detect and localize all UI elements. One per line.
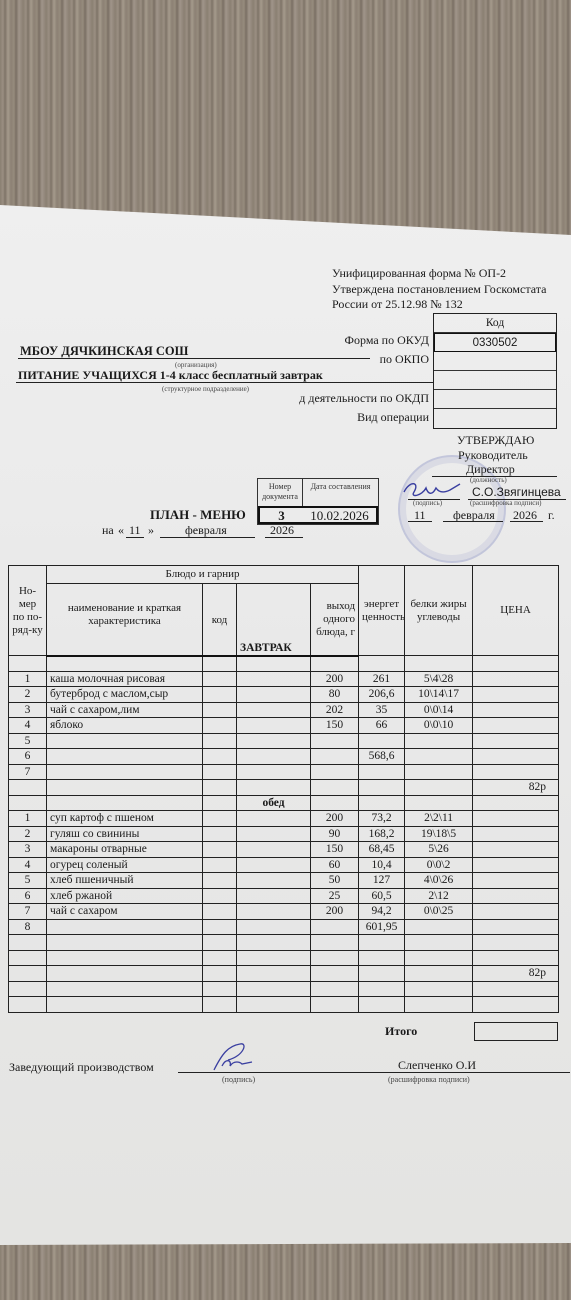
table-row: 4огурец соленый6010,40\0\2 — [9, 857, 559, 873]
dish-bju — [405, 935, 473, 951]
dish-output — [311, 935, 359, 951]
dish-bju: 2\12 — [405, 888, 473, 904]
dish-name: макароны отварные — [47, 842, 203, 858]
empty-cell — [311, 656, 359, 672]
lunch-cell — [9, 795, 47, 811]
dish-energy: 206,6 — [359, 687, 405, 703]
okdp-label: д деятельности по ОКДП — [299, 391, 429, 406]
dish-energy — [359, 935, 405, 951]
table-row: 2бутерброд с маслом,сыр80206,610\14\17 — [9, 687, 559, 703]
dish-energy: 568,6 — [359, 749, 405, 765]
dish-price — [473, 826, 559, 842]
dish-output: 202 — [311, 702, 359, 718]
dish-output — [311, 733, 359, 749]
lunch-cell — [359, 795, 405, 811]
dish-name — [47, 966, 203, 982]
dish-bju — [405, 780, 473, 796]
table-row: 2гуляш со свинины90168,219\18\5 — [9, 826, 559, 842]
meal-cell — [237, 935, 311, 951]
quote-close: » — [148, 523, 154, 538]
dish-bju: 0\0\10 — [405, 718, 473, 734]
meal-cell — [237, 687, 311, 703]
dish-bju — [405, 919, 473, 935]
dish-code — [203, 780, 237, 796]
row-number: 2 — [9, 687, 47, 703]
doc-number: 3 — [260, 508, 303, 522]
dish-price: 82р — [473, 780, 559, 796]
table-row: 6хлеб ржаной2560,52\12 — [9, 888, 559, 904]
dish-energy — [359, 764, 405, 780]
dish-code — [203, 981, 237, 997]
table-row: 8601,95 — [9, 919, 559, 935]
dish-output — [311, 749, 359, 765]
footer-name-caption: (расшифровка подписи) — [388, 1075, 470, 1084]
meal-cell — [237, 919, 311, 935]
empty-cell — [9, 656, 47, 672]
dish-output: 25 — [311, 888, 359, 904]
dish-energy: 68,45 — [359, 842, 405, 858]
meal-cell — [237, 733, 311, 749]
dish-code — [203, 702, 237, 718]
empty-cell — [405, 656, 473, 672]
header-meal: ЗАВТРАК — [237, 584, 311, 656]
table-row: 3чай с сахаром,лим202350\0\14 — [9, 702, 559, 718]
dish-bju — [405, 981, 473, 997]
dish-name — [47, 981, 203, 997]
dish-price — [473, 733, 559, 749]
total-value-box — [474, 1022, 558, 1041]
dish-energy: 35 — [359, 702, 405, 718]
row-number: 5 — [9, 733, 47, 749]
dish-price — [473, 888, 559, 904]
row-number: 4 — [9, 857, 47, 873]
dish-price — [473, 904, 559, 920]
table-row — [9, 656, 559, 672]
table-row: 5 — [9, 733, 559, 749]
dish-output — [311, 950, 359, 966]
okdp-value — [434, 390, 556, 409]
dish-bju: 10\14\17 — [405, 687, 473, 703]
header-bju: белки жиры углеводы — [405, 566, 473, 656]
row-number: 5 — [9, 873, 47, 889]
on-label: на — [102, 523, 114, 538]
dish-energy: 601,95 — [359, 919, 405, 935]
dish-code — [203, 873, 237, 889]
footer-role: Заведующий производством — [9, 1060, 154, 1075]
dish-code — [203, 718, 237, 734]
meal-cell — [237, 966, 311, 982]
dish-name — [47, 749, 203, 765]
row-number: 7 — [9, 764, 47, 780]
dish-bju — [405, 950, 473, 966]
dish-code — [203, 950, 237, 966]
dish-name: бутерброд с маслом,сыр — [47, 687, 203, 703]
dish-bju: 0\0\25 — [405, 904, 473, 920]
table-row — [9, 935, 559, 951]
meal-cell — [237, 826, 311, 842]
header-code: код — [203, 584, 237, 656]
meal-cell — [237, 842, 311, 858]
dish-name: суп картоф с пшеном — [47, 811, 203, 827]
dish-code — [203, 687, 237, 703]
dish-name — [47, 950, 203, 966]
dish-code — [203, 888, 237, 904]
manager-signature — [208, 1040, 270, 1074]
dish-name: гуляш со свинины — [47, 826, 203, 842]
dish-price — [473, 718, 559, 734]
table-row: 82р — [9, 780, 559, 796]
dish-bju: 0\0\14 — [405, 702, 473, 718]
dish-name: хлеб ржаной — [47, 888, 203, 904]
dish-bju: 5\4\28 — [405, 671, 473, 687]
dish-energy — [359, 733, 405, 749]
dish-code — [203, 749, 237, 765]
row-number: 6 — [9, 888, 47, 904]
dish-price — [473, 919, 559, 935]
dish-price: 82р — [473, 966, 559, 982]
row-number — [9, 981, 47, 997]
document-title: ПЛАН - МЕНЮ — [150, 507, 246, 523]
dish-output: 200 — [311, 904, 359, 920]
empty-cell — [473, 656, 559, 672]
lunch-cell — [405, 795, 473, 811]
document-year: 2026 — [270, 523, 294, 538]
dish-energy: 10,4 — [359, 857, 405, 873]
table-row: 1суп картоф с пшеном20073,22\2\11 — [9, 811, 559, 827]
approval-position: Директор — [466, 462, 515, 477]
position-caption: (должность) — [470, 476, 507, 484]
dish-energy: 73,2 — [359, 811, 405, 827]
dish-name — [47, 935, 203, 951]
row-number: 1 — [9, 671, 47, 687]
dish-name: яблоко — [47, 718, 203, 734]
dish-code — [203, 919, 237, 935]
header-num: Но-мер по по-ряд-ку — [9, 566, 47, 656]
dish-output: 150 — [311, 718, 359, 734]
row-number: 8 — [9, 919, 47, 935]
table-row: 4яблоко150660\0\10 — [9, 718, 559, 734]
dish-output: 80 — [311, 687, 359, 703]
dish-price — [473, 935, 559, 951]
table-row: 7 — [9, 764, 559, 780]
meal-cell — [237, 811, 311, 827]
dish-bju — [405, 764, 473, 780]
meal-cell — [237, 702, 311, 718]
dish-price — [473, 811, 559, 827]
table-row: 5хлеб пшеничный501274\0\26 — [9, 873, 559, 889]
dish-output: 200 — [311, 671, 359, 687]
dish-code — [203, 904, 237, 920]
dish-price — [473, 671, 559, 687]
dish-price — [473, 981, 559, 997]
dish-price — [473, 687, 559, 703]
dish-code — [203, 826, 237, 842]
dish-price — [473, 950, 559, 966]
table-row: 1каша молочная рисовая2002615\4\28 — [9, 671, 559, 687]
header-price: ЦЕНА — [473, 566, 559, 656]
dish-code — [203, 811, 237, 827]
dish-energy: 94,2 — [359, 904, 405, 920]
header-output: выход одного блюда, г — [311, 584, 359, 656]
dish-name — [47, 764, 203, 780]
dish-bju: 2\2\11 — [405, 811, 473, 827]
dish-code — [203, 966, 237, 982]
meal-cell — [237, 888, 311, 904]
table-row — [9, 950, 559, 966]
dish-energy — [359, 966, 405, 982]
doc-number-header: Номер документа — [258, 479, 303, 506]
row-number: 7 — [9, 904, 47, 920]
dish-output: 200 — [311, 811, 359, 827]
lunch-cell — [473, 795, 559, 811]
dish-name — [47, 780, 203, 796]
row-number: 3 — [9, 702, 47, 718]
dish-price — [473, 997, 559, 1013]
empty-cell — [359, 656, 405, 672]
header-name: наименование и краткая характеристика — [47, 584, 203, 656]
empty-cell — [237, 656, 311, 672]
row-number: 2 — [9, 826, 47, 842]
row-number: 3 — [9, 842, 47, 858]
dish-energy: 60,5 — [359, 888, 405, 904]
empty-code — [434, 371, 556, 390]
dish-bju: 19\18\5 — [405, 826, 473, 842]
row-number — [9, 966, 47, 982]
dish-name — [47, 919, 203, 935]
dish-output: 90 — [311, 826, 359, 842]
dish-energy — [359, 997, 405, 1013]
dish-name — [47, 997, 203, 1013]
quote-open: « — [118, 523, 124, 538]
document-month: февраля — [185, 523, 227, 538]
name-caption: (расшифровка подписи) — [470, 499, 541, 507]
dish-price — [473, 873, 559, 889]
meal-cell — [237, 904, 311, 920]
header-energy: энергет ценность — [359, 566, 405, 656]
row-number — [9, 780, 47, 796]
dish-code — [203, 842, 237, 858]
dish-output — [311, 764, 359, 780]
dish-price — [473, 749, 559, 765]
meal-cell — [237, 950, 311, 966]
dish-bju — [405, 997, 473, 1013]
dish-code — [203, 764, 237, 780]
lunch-cell — [311, 795, 359, 811]
dish-code — [203, 733, 237, 749]
dish-code — [203, 935, 237, 951]
table-row: 3макароны отварные15068,455\26 — [9, 842, 559, 858]
lunch-cell — [203, 795, 237, 811]
meal-cell — [237, 981, 311, 997]
dish-code — [203, 857, 237, 873]
okud-value: 0330502 — [434, 333, 556, 352]
lunch-cell — [47, 795, 203, 811]
table-row — [9, 981, 559, 997]
dish-price — [473, 842, 559, 858]
dish-output — [311, 981, 359, 997]
dish-name: чай с сахаром — [47, 904, 203, 920]
dish-energy — [359, 780, 405, 796]
okpo-value — [434, 352, 556, 371]
document-day: 11 — [129, 523, 141, 538]
code-box: Код 0330502 — [433, 313, 557, 429]
dish-energy: 127 — [359, 873, 405, 889]
table-row: 7чай с сахаром20094,20\0\25 — [9, 904, 559, 920]
meal-cell — [237, 997, 311, 1013]
operation-value — [434, 409, 556, 428]
dish-output: 50 — [311, 873, 359, 889]
meal-cell — [237, 749, 311, 765]
doc-date: 10.02.2026 — [303, 508, 376, 522]
dish-bju: 4\0\26 — [405, 873, 473, 889]
dish-bju — [405, 733, 473, 749]
dish-output — [311, 997, 359, 1013]
dish-name: хлеб пшеничный — [47, 873, 203, 889]
dish-code — [203, 997, 237, 1013]
meal-cell — [237, 857, 311, 873]
total-label: Итого — [385, 1024, 417, 1039]
table-row: 82р — [9, 966, 559, 982]
dish-output: 150 — [311, 842, 359, 858]
dish-name: огурец соленый — [47, 857, 203, 873]
row-number: 4 — [9, 718, 47, 734]
meal-cell — [237, 718, 311, 734]
lunch-label: обед — [237, 795, 311, 811]
code-header: Код — [434, 314, 556, 333]
dish-price — [473, 764, 559, 780]
dish-name: каша молочная рисовая — [47, 671, 203, 687]
document-number-box: Номер документа Дата составления 3 10.02… — [257, 478, 379, 525]
meal-cell — [237, 671, 311, 687]
header-dish-group: Блюдо и гарнир — [47, 566, 359, 584]
form-header-line3: России от 25.12.98 № 132 — [332, 297, 463, 312]
dish-name: чай с сахаром,лим — [47, 702, 203, 718]
dish-name — [47, 733, 203, 749]
okpo-label: по ОКПО — [380, 352, 429, 367]
form-header-line2: Утверждена постановлением Госкомстата — [332, 282, 546, 297]
form-header-line1: Унифицированная форма № ОП-2 — [332, 266, 506, 281]
dish-bju — [405, 966, 473, 982]
approval-year-suffix: г. — [548, 508, 555, 523]
dish-output — [311, 966, 359, 982]
meal-cell — [237, 764, 311, 780]
row-number — [9, 997, 47, 1013]
dish-output — [311, 919, 359, 935]
row-number: 1 — [9, 811, 47, 827]
dish-output: 60 — [311, 857, 359, 873]
empty-cell — [47, 656, 203, 672]
division-caption: (структурное подразделение) — [162, 385, 249, 393]
dish-bju — [405, 749, 473, 765]
meal-cell — [237, 873, 311, 889]
dish-energy: 261 — [359, 671, 405, 687]
dish-energy: 66 — [359, 718, 405, 734]
row-number — [9, 950, 47, 966]
menu-table: Но-мер по по-ряд-ку Блюдо и гарнир энерг… — [8, 565, 559, 1013]
doc-date-header: Дата составления — [303, 479, 378, 506]
dish-bju: 5\26 — [405, 842, 473, 858]
dish-output — [311, 780, 359, 796]
table-row — [9, 997, 559, 1013]
dish-energy — [359, 950, 405, 966]
signature-caption: (подпись) — [413, 499, 442, 507]
empty-cell — [203, 656, 237, 672]
approval-title: УТВЕРЖДАЮ — [457, 433, 534, 448]
dish-code — [203, 671, 237, 687]
dish-price — [473, 702, 559, 718]
dish-price — [473, 857, 559, 873]
meal-cell — [237, 780, 311, 796]
row-number — [9, 935, 47, 951]
row-number: 6 — [9, 749, 47, 765]
footer-signature-caption: (подпись) — [222, 1075, 255, 1084]
approval-role: Руководитель — [458, 448, 528, 463]
table-row: 6568,6 — [9, 749, 559, 765]
director-name: С.О.Звягинцева — [472, 485, 561, 499]
footer-name: Слепченко О.И — [398, 1058, 476, 1073]
breakfast-section: 1каша молочная рисовая2002615\4\282бутер… — [9, 656, 559, 796]
division-name: ПИТАНИЕ УЧАЩИХСЯ 1-4 класс бесплатный за… — [18, 368, 323, 383]
dish-energy: 168,2 — [359, 826, 405, 842]
organization-name: МБОУ ДЯЧКИНСКАЯ СОШ — [20, 344, 188, 359]
dish-energy — [359, 981, 405, 997]
okud-label: Форма по ОКУД — [345, 333, 429, 348]
operation-label: Вид операции — [357, 410, 429, 425]
lunch-section: 1суп картоф с пшеном20073,22\2\112гуляш … — [9, 811, 559, 1013]
dish-bju: 0\0\2 — [405, 857, 473, 873]
